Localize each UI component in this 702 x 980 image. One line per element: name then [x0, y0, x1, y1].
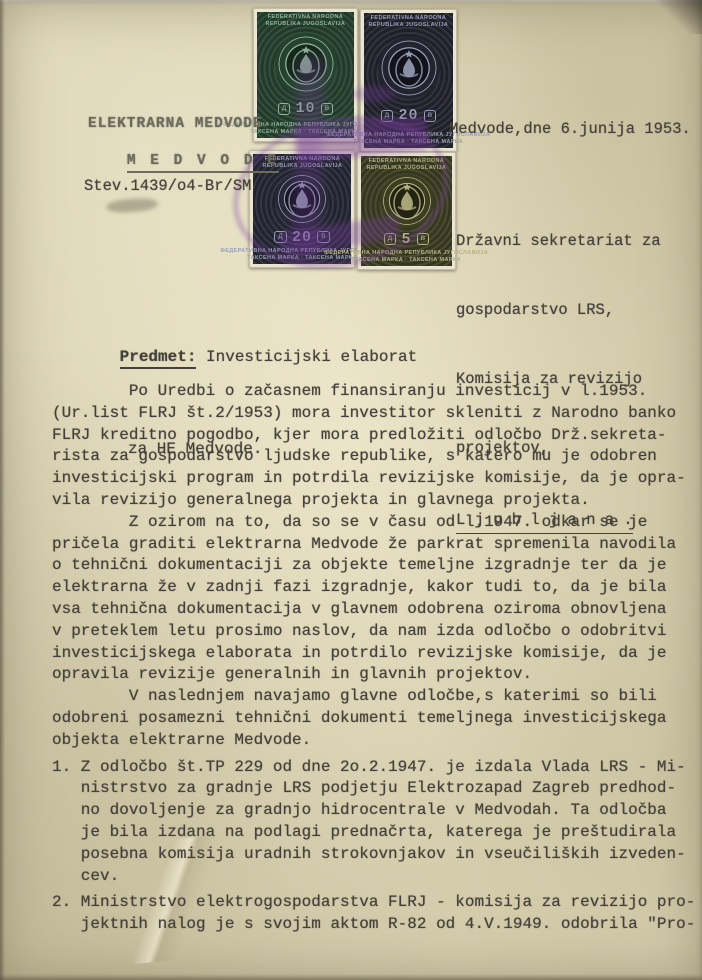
scan-edge-shadow-top	[0, 0, 702, 4]
ink-smudge	[106, 197, 159, 214]
body-line: odobreni posamezni tehnični dokumenti te…	[52, 708, 695, 730]
body-line: pričela graditi elektrarna Medvode že pa…	[52, 534, 695, 556]
stamp-value-row: д 10 в	[278, 100, 334, 117]
stamp-value-row: д 20 в	[381, 107, 437, 124]
body-paragraph: V naslednjem navajamo glavne odločbe,s k…	[52, 686, 695, 751]
body-line: nistrstvo za gradnje LRS podjetju Elektr…	[52, 778, 695, 800]
body-line: vsa tehnična dokumentacija v glavnem odo…	[52, 599, 695, 621]
stamp-country-latin-2: REPUBLIKA JUGOSLAVIJA	[369, 22, 449, 28]
recipient-line: Državni sekretariat za	[456, 230, 661, 253]
stamp-country-latin-1: FEDERATIVNA NARODNA	[367, 158, 447, 164]
body-line: 1. Z odločbo št.TP 229 od dne 2o.2.1947.…	[52, 757, 695, 779]
body-line: opravila revizije generalnih in glavnih …	[52, 664, 695, 686]
dateline: Medvode,dne 6.junija 1953.	[449, 120, 691, 138]
stamp-tax-label: ТАКСЕНА МАРКА · ТАКСЕНА МАРКА	[327, 139, 491, 145]
body-line: investicijskega elaborata in potrdilo re…	[52, 643, 695, 665]
stamp-country-latin-1: FEDERATIVNA NARODNA	[266, 14, 346, 20]
body-line: elektrarna že v zadnji fazi izgradnje, k…	[52, 577, 695, 599]
revenue-stamp: FEDERATIVNA NARODNA REPUBLIKA JUGOSLAVIJ…	[360, 9, 457, 152]
stamp-medallion	[275, 33, 337, 95]
revenue-stamp: FEDERATIVNA NARODNA REPUBLIKA JUGOSLAVIJ…	[253, 8, 358, 142]
body-line: investicijski program in potrdila revizi…	[52, 468, 695, 490]
body-line: no dovoljenje za gradnjo hidrocentrale v…	[52, 800, 695, 822]
stamp-denomination: 20	[398, 107, 418, 124]
body-line: jektnih nalog je s svojim aktom R-82 od …	[52, 914, 695, 936]
yugoslavia-coat-of-arms-icon	[387, 46, 431, 90]
stamp-currency-left: д	[274, 231, 287, 243]
scan-edge-shadow-bottom	[0, 974, 702, 980]
sender-stamp: ELEKTRARNA MEDVODE M E D V O D E	[88, 84, 258, 189]
stamp-country-latin-2: REPUBLIKA JUGOSLAVIJA	[367, 165, 447, 171]
revenue-stamp-face: FEDERATIVNA NARODNA REPUBLIKA JUGOSLAVIJ…	[257, 12, 354, 138]
stamp-currency-left: д	[381, 110, 394, 122]
stamp-medallion	[275, 172, 329, 226]
revenue-stamp: FEDERATIVNA NARODNA REPUBLIKA JUGOSLAVIJ…	[357, 152, 456, 270]
subject-label: Predmet:	[120, 348, 197, 369]
body-line: o tehnični dokumentaciji za objekte teme…	[52, 555, 695, 577]
body-paragraph: Z ozirom na to, da so se v času od l.194…	[52, 512, 695, 686]
yugoslavia-coat-of-arms-icon	[280, 177, 324, 221]
scan-corner-shadow	[656, 0, 702, 34]
body-line: vila revizijo generalnega projekta in gl…	[52, 490, 695, 512]
stamp-country-latin-2: REPUBLIKA JUGOSLAVIJA	[266, 21, 346, 27]
subject-text-1: Investicijski elaborat	[196, 348, 417, 366]
revenue-stamp-face: FEDERATIVNA NARODNA REPUBLIKA JUGOSLAVIJ…	[361, 156, 452, 266]
stamp-currency-left: д	[278, 103, 291, 115]
body-text: Po Uredbi o začasnem finansiranju invest…	[52, 381, 695, 936]
yugoslavia-coat-of-arms-icon	[385, 179, 429, 223]
body-line: FLRJ kreditno pogodbo, kjer mora predlož…	[52, 425, 695, 447]
stamp-country-latin-1: FEDERATIVNA NARODNA	[369, 15, 449, 21]
stamp-currency-right: в	[321, 103, 334, 115]
stamp-currency-right: в	[417, 233, 430, 245]
stamp-value-row: д 5 в	[384, 231, 430, 248]
body-line: je bila izdana na podlagi prednačrta, ka…	[52, 822, 695, 844]
sender-city: M E D V O D E	[127, 153, 279, 173]
stamp-currency-right: в	[424, 110, 437, 122]
body-line: cev.	[52, 866, 695, 888]
scanned-letter-page: FEDERATIVNA NARODNA REPUBLIKA JUGOSLAVIJ…	[0, 0, 702, 980]
recipient-line: gospodarstvo LRS,	[456, 299, 661, 322]
stamp-currency-left: д	[384, 233, 397, 245]
scan-edge-shadow-left	[0, 0, 5, 980]
body-line: V naslednjem navajamo glavne odločbe,s k…	[52, 686, 695, 708]
body-paragraph: Po Uredbi o začasnem finansiranju invest…	[52, 381, 695, 512]
body-line: Z ozirom na to, da so se v času od l.194…	[52, 512, 695, 534]
stamp-denomination: 10	[295, 100, 315, 117]
stamp-medallion	[380, 174, 434, 228]
stamp-medallion	[378, 37, 440, 99]
body-paragraph: 2. Ministrstvo elektrogospodarstva FLRJ …	[52, 892, 695, 936]
body-line: posebna komisija uradnih strokovnjakov i…	[52, 844, 695, 866]
sender-name: ELEKTRARNA MEDVODE	[88, 116, 258, 132]
stamp-value-row: д 20 в	[274, 229, 330, 246]
body-line: 2. Ministrstvo elektrogospodarstva FLRJ …	[52, 892, 695, 914]
body-paragraph: 1. Z odločbo št.TP 229 od dne 2o.2.1947.…	[52, 757, 695, 888]
reference-number: Stev.1439/o4-Br/SM	[84, 177, 251, 195]
stamp-currency-right: в	[317, 231, 330, 243]
stamp-denomination: 20	[292, 229, 312, 246]
body-line: rista za gospodarstvo ljudske republike,…	[52, 446, 695, 468]
stamp-denomination: 5	[401, 231, 411, 248]
revenue-stamp-face: FEDERATIVNA NARODNA REPUBLIKA JUGOSLAVIJ…	[364, 13, 453, 148]
body-line: Po Uredbi o začasnem finansiranju invest…	[52, 381, 695, 403]
yugoslavia-coat-of-arms-icon	[284, 42, 328, 86]
body-line: v preteklem letu prosimo naslov, da nam …	[52, 621, 695, 643]
body-line: (Ur.list FLRJ št.2/1953) mora investitor…	[52, 403, 695, 425]
body-line: objekta elektrarne Medvode.	[52, 730, 695, 752]
